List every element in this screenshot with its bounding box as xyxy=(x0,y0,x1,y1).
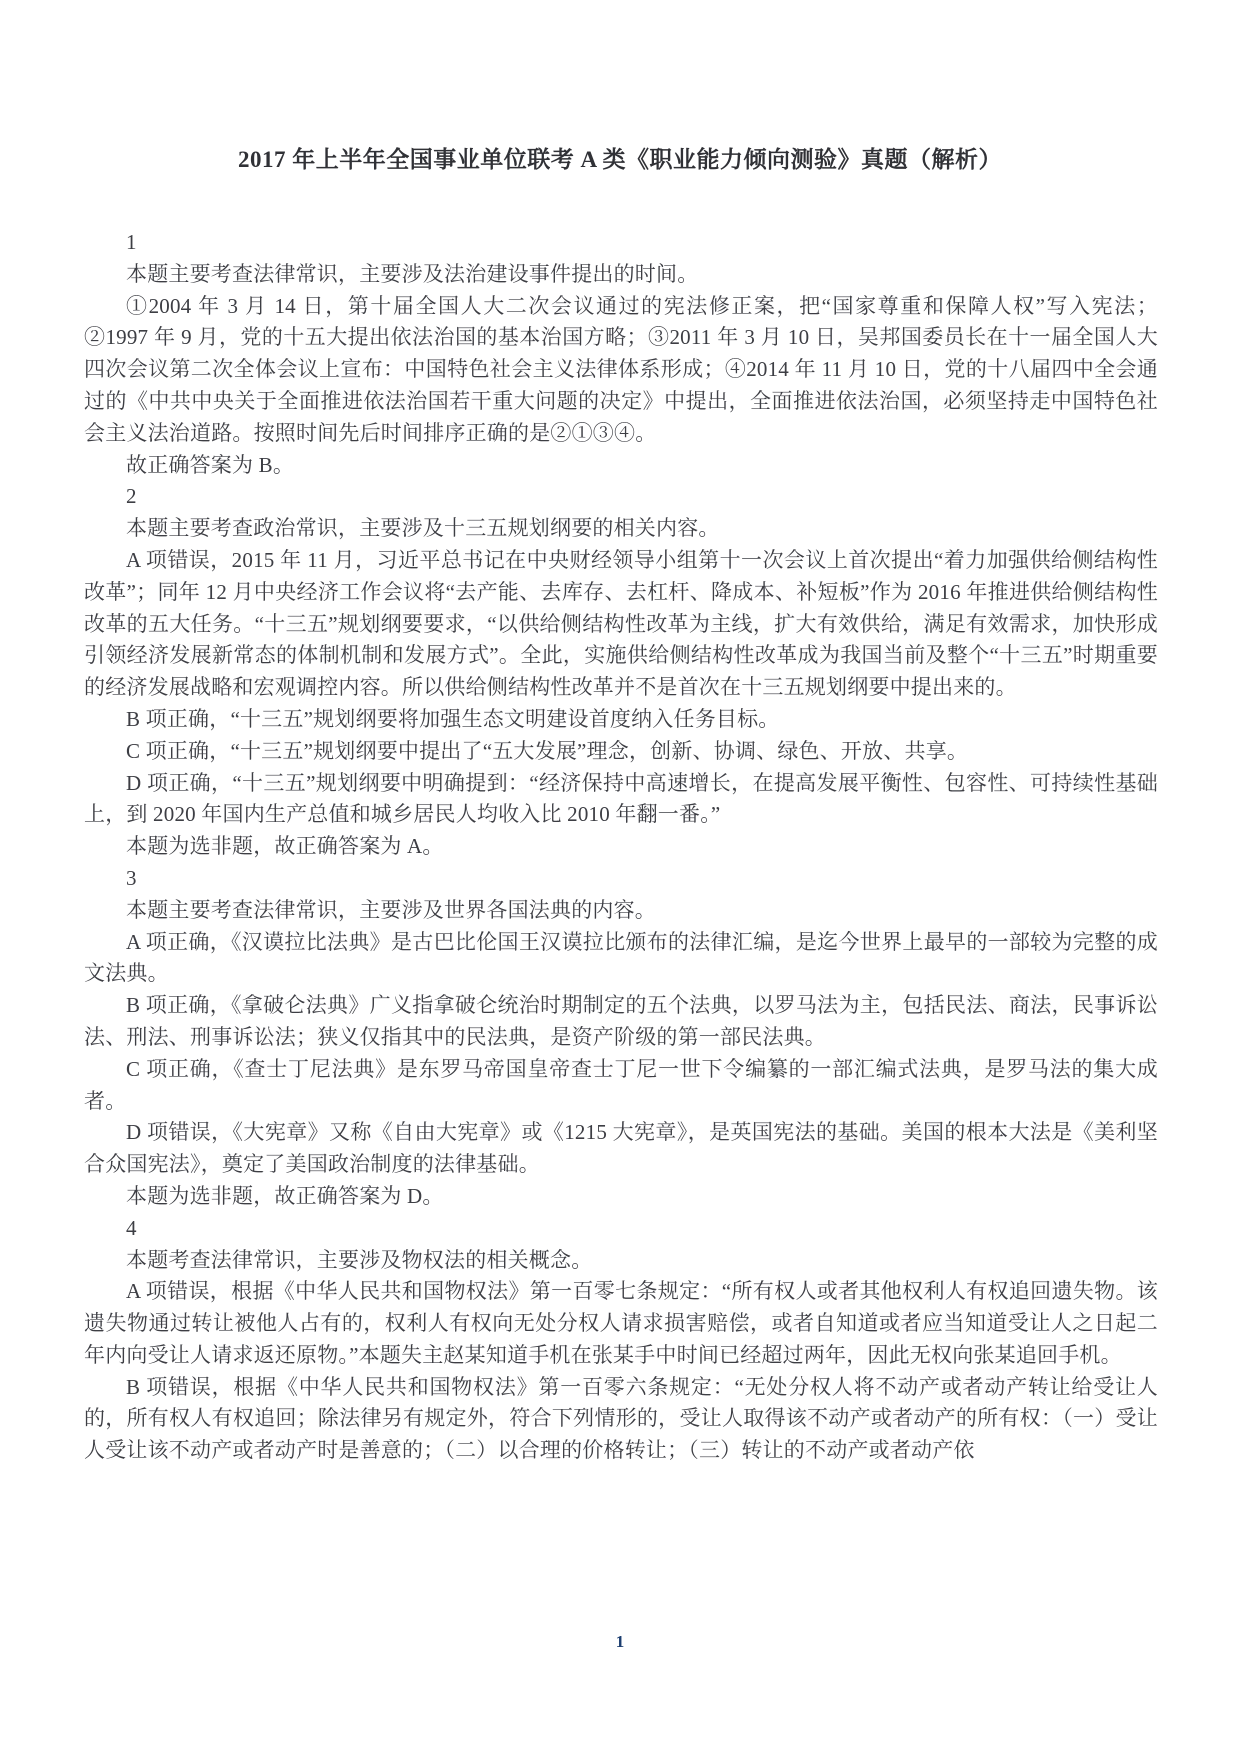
question-2-paragraph: 本题主要考查政治常识，主要涉及十三五规划纲要的相关内容。 xyxy=(84,513,1158,545)
document-title: 2017 年上半年全国事业单位联考 A 类《职业能力倾向测验》真题（解析） xyxy=(0,0,1240,174)
page-footer: 1 xyxy=(0,1632,1240,1652)
question-4-number: 4 xyxy=(84,1213,1158,1245)
question-2-option-d: D 项正确，“十三五”规划纲要中明确提到：“经济保持中高速增长，在提高发展平衡性… xyxy=(84,768,1158,832)
question-4-paragraph: 本题考查法律常识，主要涉及物权法的相关概念。 xyxy=(84,1245,1158,1277)
question-3-option-d: D 项错误，《大宪章》又称《自由大宪章》或《1215 大宪章》，是英国宪法的基础… xyxy=(84,1117,1158,1181)
question-3-option-b: B 项正确，《拿破仑法典》广义指拿破仑统治时期制定的五个法典，以罗马法为主，包括… xyxy=(84,990,1158,1054)
document-body: 1 本题主要考查法律常识，主要涉及法治建设事件提出的时间。 ①2004 年 3 … xyxy=(84,227,1158,1467)
question-1-answer: 故正确答案为 B。 xyxy=(84,450,1158,482)
question-2-number: 2 xyxy=(84,481,1158,513)
question-4-option-b: B 项错误，根据《中华人民共和国物权法》第一百零六条规定：“无处分权人将不动产或… xyxy=(84,1372,1158,1467)
question-3-answer: 本题为选非题，故正确答案为 D。 xyxy=(84,1181,1158,1213)
question-1-paragraph: 本题主要考查法律常识，主要涉及法治建设事件提出的时间。 xyxy=(84,259,1158,291)
question-1-paragraph: ①2004 年 3 月 14 日，第十届全国人大二次会议通过的宪法修正案，把“国… xyxy=(84,291,1158,450)
question-2-option-c: C 项正确，“十三五”规划纲要中提出了“五大发展”理念，创新、协调、绿色、开放、… xyxy=(84,736,1158,768)
question-2-answer: 本题为选非题，故正确答案为 A。 xyxy=(84,831,1158,863)
question-2-option-b: B 项正确，“十三五”规划纲要将加强生态文明建设首度纳入任务目标。 xyxy=(84,704,1158,736)
question-4-option-a: A 项错误，根据《中华人民共和国物权法》第一百零七条规定：“所有权人或者其他权利… xyxy=(84,1276,1158,1371)
page-number: 1 xyxy=(616,1632,625,1651)
question-3-paragraph: 本题主要考查法律常识，主要涉及世界各国法典的内容。 xyxy=(84,895,1158,927)
document-page: 2017 年上半年全国事业单位联考 A 类《职业能力倾向测验》真题（解析） 1 … xyxy=(0,0,1240,1754)
question-3-option-c: C 项正确，《查士丁尼法典》是东罗马帝国皇帝查士丁尼一世下令编纂的一部汇编式法典… xyxy=(84,1054,1158,1118)
question-3-option-a: A 项正确，《汉谟拉比法典》是古巴比伦国王汉谟拉比颁布的法律汇编，是迄今世界上最… xyxy=(84,927,1158,991)
question-1-number: 1 xyxy=(84,227,1158,259)
question-3-number: 3 xyxy=(84,863,1158,895)
question-2-option-a: A 项错误，2015 年 11 月，习近平总书记在中央财经领导小组第十一次会议上… xyxy=(84,545,1158,704)
